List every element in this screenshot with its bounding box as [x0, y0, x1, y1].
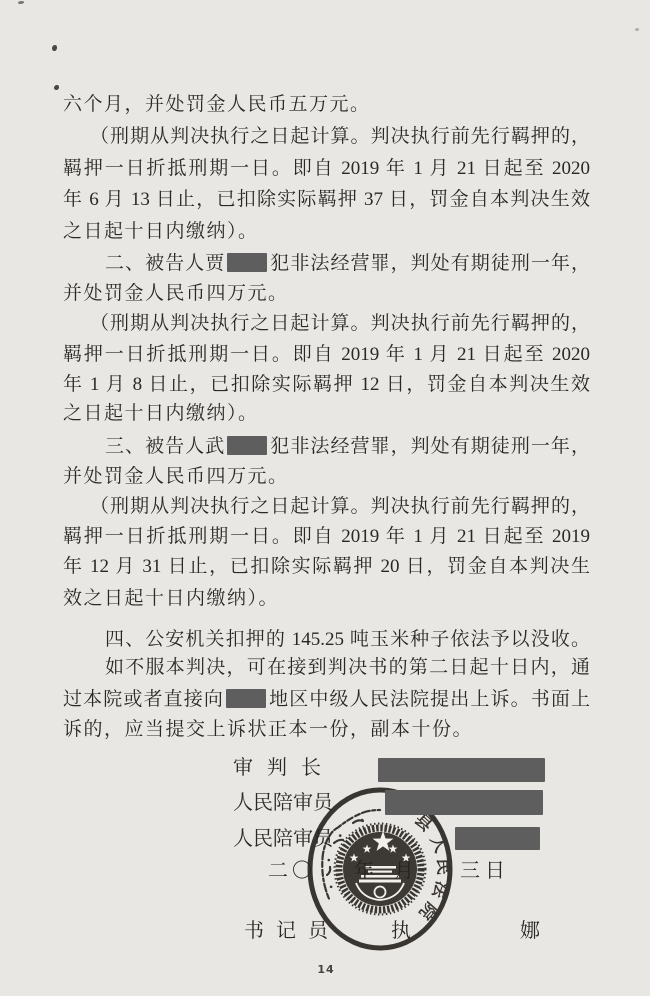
- document-line: 之日起十日内缴纳）。: [63, 401, 590, 427]
- redaction-bar: [226, 689, 266, 708]
- document-line: 羁押一日折抵刑期一日。即自 2019 年 1 月 21 日起至 2020: [63, 342, 590, 368]
- document-line: 三、被告人武犯非法经营罪，判处有期徒刑一年，: [63, 434, 590, 460]
- scanned-judgment-page: 六个月，并处罚金人民币五万元。（刑期从判决执行之日起计算。判决执行前先行羁押的，…: [0, 0, 650, 996]
- document-line: 二、被告人贾犯非法经营罪，判处有期徒刑一年，: [63, 251, 590, 277]
- page-number: 14: [312, 963, 340, 976]
- redaction-bar: [455, 827, 540, 850]
- line-text: 三、被告人武: [105, 436, 225, 457]
- ink-speck: [52, 45, 57, 51]
- line-text: 羁押一日折抵刑期一日。即自 2019 年 1 月 21 日起至 2019: [63, 526, 590, 547]
- line-text: 之日起十日内缴纳）。: [63, 403, 259, 424]
- document-line: （刑期从判决执行之日起计算。判决执行前先行羁押的，: [63, 311, 590, 337]
- line-text: 地区中级人民法院提出上诉。书面上: [268, 689, 590, 710]
- line-text: 四、公安机关扣押的 145.25 吨玉米种子依法予以没收。: [105, 629, 590, 650]
- judgment-date-year-char: 年: [354, 859, 374, 883]
- ink-speck: [18, 1, 24, 4]
- line-text: 诉的，应当提交上诉状正本一份，副本十份。: [63, 719, 473, 740]
- document-line: 之日起十日内缴纳）。: [63, 219, 590, 245]
- line-text: 六个月，并处罚金人民币五万元。: [63, 94, 371, 115]
- clerk-name-fragment: 娜: [520, 919, 540, 943]
- line-text: 并处罚金人民币四万元。: [63, 466, 289, 487]
- seal-arc-char: 院: [415, 898, 441, 924]
- line-text: 年 12 月 31 日止，已扣除实际羁押 20 日，罚金自本判决生: [63, 556, 590, 577]
- document-line: 如不服本判决，可在接到判决书的第二日起十日内，通: [63, 655, 590, 681]
- line-text: 羁押一日折抵刑期一日。即自 2019 年 1 月 21 日起至 2020: [63, 344, 590, 365]
- document-line: 年 1 月 8 日止，已扣除实际羁押 12 日，罚金自本判决生效: [63, 372, 590, 398]
- line-text: 犯非法经营罪，判处有期徒刑一年，: [269, 436, 590, 457]
- line-text: 效之日起十日内缴纳）。: [63, 588, 279, 609]
- seal-court-name-arc: 县人民法院: [411, 810, 454, 924]
- ink-speck: [54, 85, 59, 90]
- document-line: 四、公安机关扣押的 145.25 吨玉米种子依法予以没收。: [63, 627, 590, 653]
- document-line: 诉的，应当提交上诉状正本一份，副本十份。: [63, 717, 590, 743]
- redaction-bar: [227, 436, 267, 455]
- line-text: （刑期从判决执行之日起计算。判决执行前先行羁押的，: [90, 496, 590, 517]
- line-text: 如不服本判决，可在接到判决书的第二日起十日内，通: [105, 657, 590, 678]
- document-line: 年 6 月 13 日止，已扣除实际羁押 37 日，罚金自本判决生效: [63, 187, 590, 213]
- line-text: 之日起十日内缴纳）。: [63, 221, 259, 242]
- document-line: 羁押一日折抵刑期一日。即自 2019 年 1 月 21 日起至 2020: [63, 156, 590, 182]
- document-line: 六个月，并处罚金人民币五万元。: [63, 92, 590, 118]
- document-line: 并处罚金人民币四万元。: [63, 464, 590, 490]
- document-line: 过本院或者直接向地区中级人民法院提出上诉。书面上: [63, 687, 590, 713]
- line-text: （刑期从判决执行之日起计算。判决执行前先行羁押的，: [90, 313, 590, 334]
- judgment-date-suffix: 三日: [460, 859, 510, 883]
- signature-role-label: 审判长: [233, 756, 335, 780]
- document-line: （刑期从判决执行之日起计算。判决执行前先行羁押的，: [63, 494, 590, 520]
- ink-speck: [635, 28, 639, 31]
- redaction-bar: [385, 790, 543, 815]
- document-line: 羁押一日折抵刑期一日。即自 2019 年 1 月 21 日起至 2019: [63, 524, 590, 550]
- seal-arc-char: 民: [434, 858, 454, 876]
- document-line: （刑期从判决执行之日起计算。判决执行前先行羁押的，: [63, 124, 590, 150]
- document-line: 效之日起十日内缴纳）。: [63, 586, 590, 612]
- line-text: 二、被告人贾: [105, 253, 225, 274]
- judgment-date-month-char: 月: [394, 859, 414, 883]
- redaction-bar: [378, 758, 545, 782]
- line-text: 过本院或者直接向: [63, 689, 224, 710]
- document-line: 并处罚金人民币四万元。: [63, 281, 590, 307]
- line-text: 羁押一日折抵刑期一日。即自 2019 年 1 月 21 日起至 2020: [63, 158, 590, 179]
- document-line: 年 12 月 31 日止，已扣除实际羁押 20 日，罚金自本判决生: [63, 554, 590, 580]
- line-text: （刑期从判决执行之日起计算。判决执行前先行羁押的，: [90, 126, 590, 147]
- line-text: 年 6 月 13 日止，已扣除实际羁押 37 日，罚金自本判决生效: [63, 189, 590, 210]
- line-text: 犯非法经营罪，判处有期徒刑一年，: [269, 253, 590, 274]
- line-text: 并处罚金人民币四万元。: [63, 283, 289, 304]
- redaction-bar: [227, 253, 267, 272]
- line-text: 年 1 月 8 日止，已扣除实际羁押 12 日，罚金自本判决生效: [63, 374, 590, 395]
